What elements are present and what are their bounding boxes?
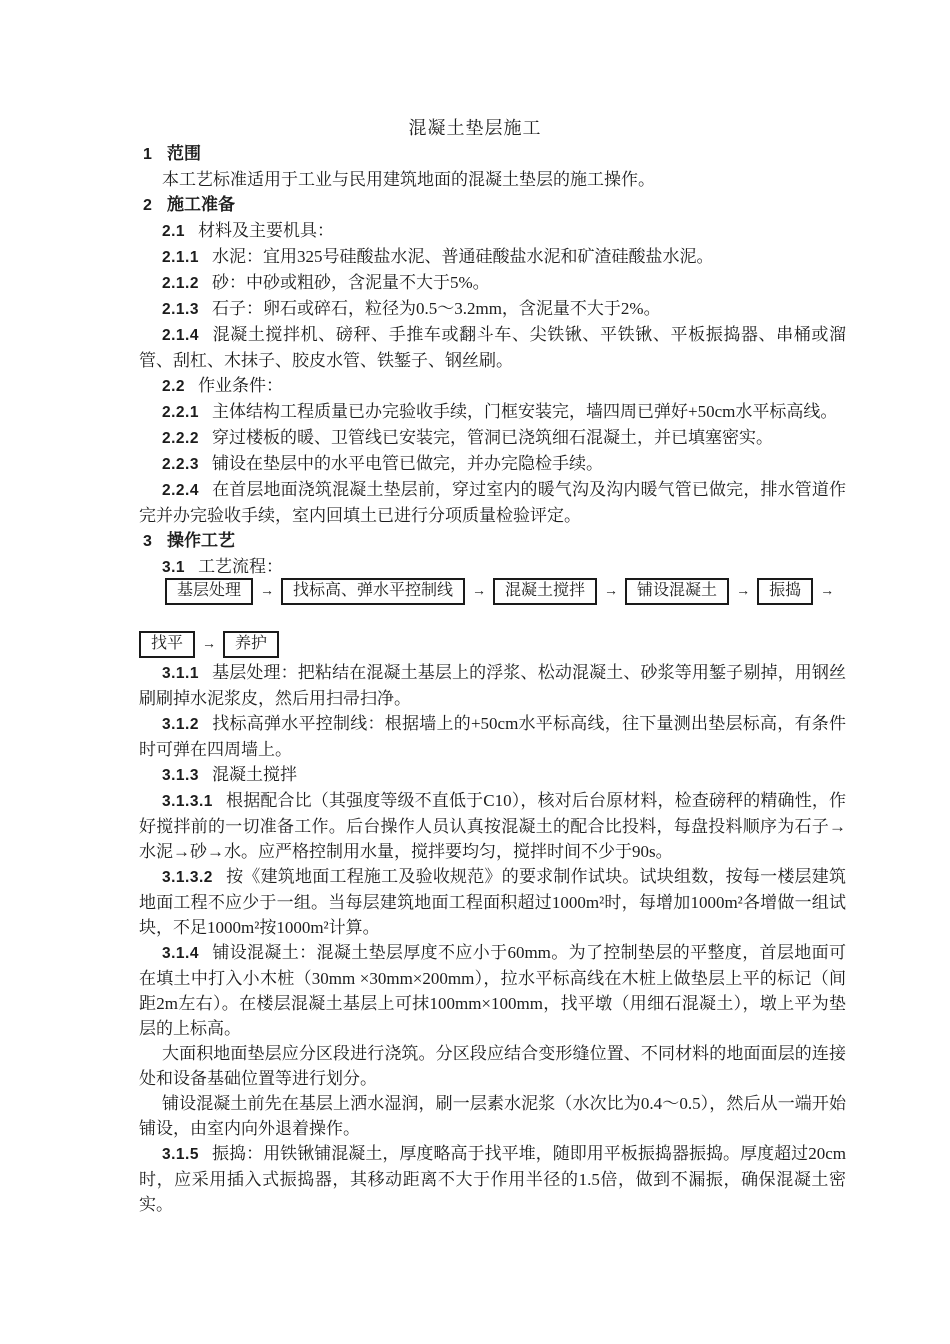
flow-step: 铺设混凝土 xyxy=(625,578,729,605)
item-text: 主体结构工程质量已办完验收手续，门框安装完，墙四周已弹好+50cm水平标高线。 xyxy=(212,402,837,421)
document-page: 混凝土垫层施工 1范围本工艺标准适用于工业与民用建筑地面的混凝土垫层的施工操作。… xyxy=(0,0,950,1344)
section-heading: 3操作工艺 xyxy=(139,528,846,554)
paragraph: 本工艺标准适用于工业与民用建筑地面的混凝土垫层的施工操作。 xyxy=(139,167,846,192)
flow-arrow-icon: → xyxy=(813,584,841,600)
section-heading: 1范围 xyxy=(139,141,846,167)
item-number: 3.1.1 xyxy=(162,665,199,682)
item-number: 2.1.3 xyxy=(162,301,199,318)
item-text: 石子：卵石或碎石，粒径为0.5～3.2mm，含泥量不大于2%。 xyxy=(212,299,661,318)
flowchart-row: 基层处理→找标高、弹水平控制线→混凝土搅拌→铺设混凝土→振捣→ xyxy=(165,578,846,605)
numbered-item: 2.1.2砂：中砂或粗砂，含泥量不大于5%。 xyxy=(139,270,846,296)
item-text: 本工艺标准适用于工业与民用建筑地面的混凝土垫层的施工操作。 xyxy=(162,170,655,189)
item-text: 穿过楼板的暖、卫管线已安装完，管洞已浇筑细石混凝土，并已填塞密实。 xyxy=(212,428,773,447)
item-text: 材料及主要机具： xyxy=(198,221,334,240)
process-flowchart: 基层处理→找标高、弹水平控制线→混凝土搅拌→铺设混凝土→振捣→找平→养护 xyxy=(139,578,846,658)
item-text: 混凝土搅拌 xyxy=(212,765,297,784)
item-number: 3.1.2 xyxy=(162,716,199,733)
numbered-item: 2.1.1水泥：宜用325号硅酸盐水泥、普通硅酸盐水泥和矿渣硅酸盐水泥。 xyxy=(139,244,846,270)
flow-step: 找标高、弹水平控制线 xyxy=(281,578,465,605)
item-text: 铺设混凝土前先在基层上洒水湿润，刷一层素水泥浆（水次比为0.4～0.5），然后从… xyxy=(139,1094,846,1138)
item-text: 根据配合比（其强度等级不直低于C10），核对后台原材料，检查磅秤的精确性，作好搅… xyxy=(139,791,846,861)
item-text: 振捣：用铁锹铺混凝土，厚度略高于找平堆，随即用平板振捣器振捣。厚度超过20cm时… xyxy=(139,1144,846,1214)
item-text: 铺设混凝土：混凝土垫层厚度不应小于60mm。为了控制垫层的平整度，首层地面可在填… xyxy=(139,943,846,1038)
item-number: 2.2.3 xyxy=(162,456,199,473)
numbered-item: 2.2.4在首层地面浇筑混凝土垫层前，穿过室内的暖气沟及沟内暖气管已做完，排水管… xyxy=(139,477,846,528)
item-text: 大面积地面垫层应分区段进行浇筑。分区段应结合变形缝位置、不同材料的地面面层的连接… xyxy=(139,1044,846,1088)
item-number: 2.2 xyxy=(162,378,185,395)
numbered-item: 2.1.3石子：卵石或碎石，粒径为0.5～3.2mm，含泥量不大于2%。 xyxy=(139,296,846,322)
numbered-item: 3.1.1基层处理：把粘结在混凝土基层上的浮浆、松动混凝土、砂浆等用錾子剔掉，用… xyxy=(139,660,846,711)
item-text: 找标高弹水平控制线：根据墙上的+50cm水平标高线，往下量测出垫层标高，有条件时… xyxy=(139,714,846,759)
item-number: 3.1.3 xyxy=(162,767,199,784)
flow-step: 基层处理 xyxy=(165,578,253,605)
item-text: 砂：中砂或粗砂，含泥量不大于5%。 xyxy=(212,273,490,292)
numbered-item: 2.1材料及主要机具： xyxy=(139,218,846,244)
section-number: 2 xyxy=(143,193,167,218)
item-text: 水泥：宜用325号硅酸盐水泥、普通硅酸盐水泥和矿渣硅酸盐水泥。 xyxy=(212,247,714,266)
section-number: 3 xyxy=(143,529,167,554)
section-title: 施工准备 xyxy=(167,195,235,214)
item-text: 工艺流程： xyxy=(198,557,283,576)
flow-step: 养护 xyxy=(223,631,279,658)
item-text: 铺设在垫层中的水平电管已做完，并办完隐检手续。 xyxy=(212,454,603,473)
flow-step: 混凝土搅拌 xyxy=(493,578,597,605)
item-number: 2.1 xyxy=(162,223,185,240)
paragraph: 铺设混凝土前先在基层上洒水湿润，刷一层素水泥浆（水次比为0.4～0.5），然后从… xyxy=(139,1091,846,1141)
item-number: 3.1 xyxy=(162,559,185,576)
flow-arrow-icon: → xyxy=(729,584,757,600)
numbered-item: 3.1.3.1根据配合比（其强度等级不直低于C10），核对后台原材料，检查磅秤的… xyxy=(139,788,846,864)
numbered-item: 3.1工艺流程： xyxy=(139,554,846,580)
item-number: 3.1.4 xyxy=(162,945,199,962)
flow-arrow-icon: → xyxy=(253,584,281,600)
item-number: 3.1.3.2 xyxy=(162,869,213,886)
item-number: 3.1.3.1 xyxy=(162,793,213,810)
item-text: 基层处理：把粘结在混凝土基层上的浮浆、松动混凝土、砂浆等用錾子剔掉，用钢丝刷刷掉… xyxy=(139,663,846,708)
item-text: 混凝土搅拌机、磅秤、手推车或翻斗车、尖铁锹、平铁锹、平板振捣器、串桶或溜管、刮杠… xyxy=(139,325,846,370)
flow-arrow-icon: → xyxy=(465,584,493,600)
item-text: 作业条件： xyxy=(198,376,283,395)
numbered-item: 2.1.4混凝土搅拌机、磅秤、手推车或翻斗车、尖铁锹、平铁锹、平板振捣器、串桶或… xyxy=(139,322,846,373)
numbered-item: 3.1.3混凝土搅拌 xyxy=(139,762,846,788)
item-number: 2.1.1 xyxy=(162,249,199,266)
section-title: 范围 xyxy=(167,144,201,163)
paragraph: 大面积地面垫层应分区段进行浇筑。分区段应结合变形缝位置、不同材料的地面面层的连接… xyxy=(139,1041,846,1091)
flow-arrow-icon: → xyxy=(195,637,223,653)
numbered-item: 2.2.2穿过楼板的暖、卫管线已安装完，管洞已浇筑细石混凝土，并已填塞密实。 xyxy=(139,425,846,451)
section-title: 操作工艺 xyxy=(167,531,235,550)
document-body: 1范围本工艺标准适用于工业与民用建筑地面的混凝土垫层的施工操作。2施工准备2.1… xyxy=(139,141,846,1217)
numbered-item: 2.2.1主体结构工程质量已办完验收手续，门框安装完，墙四周已弹好+50cm水平… xyxy=(139,399,846,425)
item-number: 2.2.4 xyxy=(162,482,199,499)
item-number: 3.1.5 xyxy=(162,1146,199,1163)
flow-arrow-icon: → xyxy=(597,584,625,600)
item-number: 2.2.2 xyxy=(162,430,199,447)
item-number: 2.2.1 xyxy=(162,404,199,421)
numbered-item: 2.2.3铺设在垫层中的水平电管已做完，并办完隐检手续。 xyxy=(139,451,846,477)
numbered-item: 3.1.4铺设混凝土：混凝土垫层厚度不应小于60mm。为了控制垫层的平整度，首层… xyxy=(139,940,846,1041)
numbered-item: 3.1.5振捣：用铁锹铺混凝土，厚度略高于找平堆，随即用平板振捣器振捣。厚度超过… xyxy=(139,1141,846,1217)
item-text: 按《建筑地面工程施工及验收规范》的要求制作试块。试块组数，按每一楼层建筑地面工程… xyxy=(139,867,846,937)
numbered-item: 3.1.2找标高弹水平控制线：根据墙上的+50cm水平标高线，往下量测出垫层标高… xyxy=(139,711,846,762)
item-number: 2.1.4 xyxy=(162,327,199,344)
section-heading: 2施工准备 xyxy=(139,192,846,218)
numbered-item: 3.1.3.2按《建筑地面工程施工及验收规范》的要求制作试块。试块组数，按每一楼… xyxy=(139,864,846,940)
page-title: 混凝土垫层施工 xyxy=(0,116,950,141)
section-number: 1 xyxy=(143,142,167,167)
flow-step: 振捣 xyxy=(757,578,813,605)
item-text: 在首层地面浇筑混凝土垫层前，穿过室内的暖气沟及沟内暖气管已做完，排水管道作完并办… xyxy=(139,480,846,525)
flowchart-row: 找平→养护 xyxy=(139,631,846,658)
item-number: 2.1.2 xyxy=(162,275,199,292)
numbered-item: 2.2作业条件： xyxy=(139,373,846,399)
flow-step: 找平 xyxy=(139,631,195,658)
